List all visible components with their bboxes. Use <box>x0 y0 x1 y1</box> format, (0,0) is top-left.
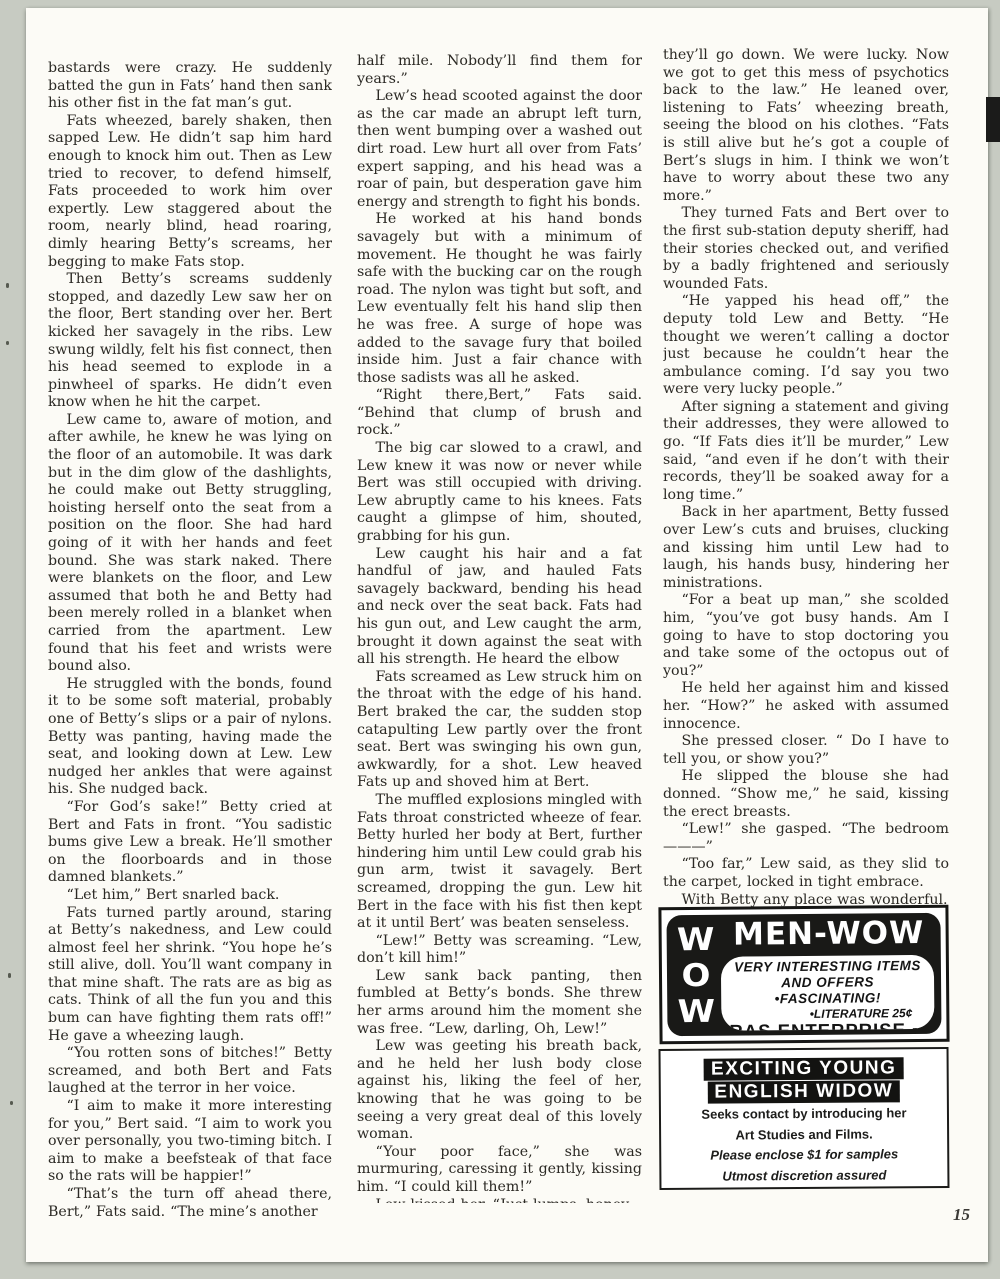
paragraph: The big car slowed to a crawl, and Lew k… <box>357 440 642 546</box>
ad-copy-line: Seeks contact by introducing her <box>661 1103 947 1125</box>
paragraph: “Your poor face,” she was murmuring, car… <box>357 1144 642 1197</box>
scan-speck <box>10 1101 13 1105</box>
paragraph: Lew caught his hair and a fat handful of… <box>357 546 642 669</box>
paragraph: She pressed closer. “ Do I have to tell … <box>663 733 949 768</box>
paragraph: “Lew!” Betty was screaming. “Lew, don’t … <box>357 933 642 968</box>
paragraph: “For God’s sake!” Betty cried at Bert an… <box>48 799 332 887</box>
paragraph: “I aim to make it more interesting for y… <box>48 1098 332 1186</box>
men-wow-headline: MEN-WOW <box>721 916 937 952</box>
paragraph: Lew sank back panting, then fumbled at B… <box>357 968 642 1038</box>
paragraph: Then Betty’s screams suddenly stopped, a… <box>48 271 332 412</box>
paragraph: “That’s the turn off ahead there, Bert,”… <box>48 1186 332 1220</box>
paragraph: Fats turned partly around, staring at Be… <box>48 905 332 1046</box>
paragraph: “Lew!” she gasped. “The bedroom ———” <box>663 821 949 856</box>
wow-vertical-lettering: W O W <box>673 921 720 1029</box>
paragraph: “He yapped his head off,” the deputy tol… <box>663 293 949 399</box>
paragraph: The muffled explosions mingled with Fats… <box>357 792 642 933</box>
men-wow-ad-copy: VERY INTERESTING ITEMS AND OFFERS •FASCI… <box>721 955 935 1031</box>
english-widow-ad: EXCITING YOUNG ENGLISH WIDOW Seeks conta… <box>659 1047 950 1190</box>
paragraph: He held her against him and kissed her. … <box>663 680 949 733</box>
paragraph: “Too far,” Lew said, as they slid to the… <box>663 856 949 891</box>
headline-bar: ENGLISH WIDOW <box>707 1080 900 1103</box>
scan-speck <box>8 973 11 978</box>
men-wow-ad-panel: W O W MEN-WOW VERY INTERESTING ITEMS AND… <box>666 913 941 1036</box>
paragraph: Lew was geeting his breath back, and he … <box>357 1038 642 1144</box>
paragraph: “Right there,Bert,” Fats said. “Behind t… <box>357 387 642 440</box>
paragraph: Back in her apartment, Betty fussed over… <box>663 504 949 592</box>
ad-copy-line: Please enclose $1 for samples <box>661 1144 947 1166</box>
ad-dept: DEPT. B <box>912 1027 934 1031</box>
ad-copy-line: Art Studies and Films. <box>661 1124 947 1146</box>
paragraph: He slipped the blouse she had donned. “S… <box>663 768 949 821</box>
ad-company-name: RAS ENTERPRISE <box>729 1019 906 1031</box>
page-number: 15 <box>930 1205 970 1225</box>
story-column-1: bastards were crazy. He suddenly batted … <box>48 60 332 1220</box>
paragraph: After signing a statement and giving the… <box>663 399 949 505</box>
story-column-2: half mile. Nobody’ll find them for years… <box>357 53 642 1203</box>
men-wow-ad: W O W MEN-WOW VERY INTERESTING ITEMS AND… <box>658 905 949 1045</box>
paragraph: Fats wheezed, barely shaken, then sapped… <box>48 113 332 271</box>
paragraph: bastards were crazy. He suddenly batted … <box>48 60 332 113</box>
page-edge-mark <box>986 97 1000 142</box>
english-widow-headline: EXCITING YOUNG ENGLISH WIDOW <box>661 1057 947 1105</box>
paragraph: they’ll go down. We were lucky. Now we g… <box>663 47 949 205</box>
wow-letter: W <box>677 996 715 1028</box>
scan-speck <box>6 283 9 288</box>
ad-copy-line: Utmost discretion assured <box>661 1165 947 1187</box>
english-widow-ad-copy: Seeks contact by introducing herArt Stud… <box>661 1103 948 1190</box>
headline-bar: EXCITING YOUNG <box>704 1057 903 1080</box>
paragraph: “You rotten sons of bitches!” Betty scre… <box>48 1045 332 1098</box>
paragraph: He worked at his hand bonds savagely but… <box>357 211 642 387</box>
scan-speck <box>6 341 9 345</box>
paragraph: Lew came to, aware of motion, and after … <box>48 412 332 676</box>
paragraph: They turned Fats and Bert over to the fi… <box>663 205 949 293</box>
paragraph: He struggled with the bonds, found it to… <box>48 676 332 799</box>
paragraph: Lew’s head scooted against the door as t… <box>357 88 642 211</box>
ad-copy-line: AND OFFERS •FASCINATING! <box>729 974 926 1008</box>
ad-copy-line: VERY INTERESTING ITEMS <box>729 958 926 976</box>
paragraph: Lew kissed her. “Just lumps, honey, <box>357 1197 642 1203</box>
paragraph: Fats screamed as Lew struck him on the t… <box>357 669 642 792</box>
paragraph: “Let him,” Bert snarled back. <box>48 887 332 905</box>
paragraph: “For a beat up man,” she scolded him, “y… <box>663 592 949 680</box>
wow-letter: W <box>677 924 715 956</box>
wow-letter: O <box>681 960 710 992</box>
story-column-3: they’ll go down. We were lucky. Now we g… <box>663 47 949 907</box>
paragraph: half mile. Nobody’ll find them for years… <box>357 53 642 88</box>
ad-company-line: RAS ENTERPRISE DEPT. B <box>729 1020 926 1031</box>
